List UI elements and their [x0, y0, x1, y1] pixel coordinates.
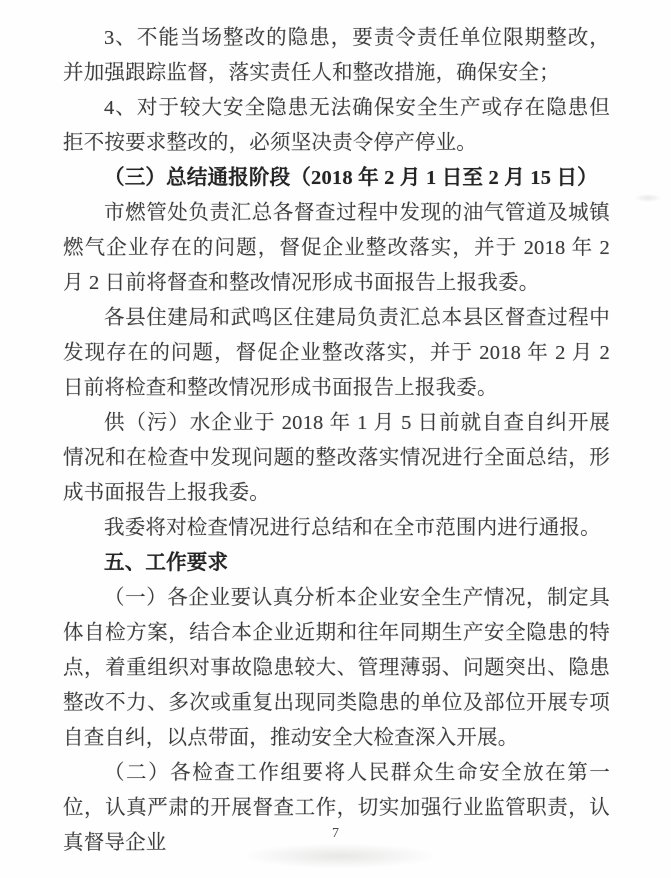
paragraph-item-3: 3、不能当场整改的隐患，要责令责任单位限期整改，并加强跟踪监督，落实责任人和整改…: [63, 21, 610, 91]
paragraph-item-4: 4、对于较大安全隐患无法确保安全生产或存在隐患但拒不按要求整改的，必须坚决责令停…: [63, 91, 610, 161]
paragraph-county-bureaus: 各县住建局和武鸣区住建局负责汇总本县区督查过程中发现存在的问题，督促企业整改落实…: [63, 301, 610, 406]
document-body: 3、不能当场整改的隐患，要责令责任单位限期整改，并加强跟踪监督，落实责任人和整改…: [63, 21, 610, 861]
document-page: 3、不能当场整改的隐患，要责令责任单位限期整改，并加强跟踪监督，落实责任人和整改…: [0, 0, 671, 878]
paragraph-requirement-1: （一）各企业要认真分析本企业安全生产情况，制定具体自检方案，结合本企业近期和往年…: [63, 581, 610, 756]
section-heading-3: （三）总结通报阶段（2018 年 2 月 1 日至 2 月 15 日）: [63, 161, 610, 196]
page-number: 7: [0, 826, 671, 842]
paragraph-committee-summary: 我委将对检查情况进行总结和在全市范围内进行通报。: [63, 511, 610, 546]
paragraph-requirement-2: （二）各检查工作组要将人民群众生命安全放在第一位，认真严肃的开展督查工作，切实加…: [63, 756, 610, 861]
paragraph-city-gas-office: 市燃管处负责汇总各督查过程中发现的油气管道及城镇燃气企业存在的问题，督促企业整改…: [63, 196, 610, 301]
paragraph-water-companies: 供（污）水企业于 2018 年 1 月 5 日前就自查自纠开展情况和在检查中发现…: [63, 406, 610, 511]
section-heading-5-work-requirements: 五、工作要求: [63, 546, 610, 581]
